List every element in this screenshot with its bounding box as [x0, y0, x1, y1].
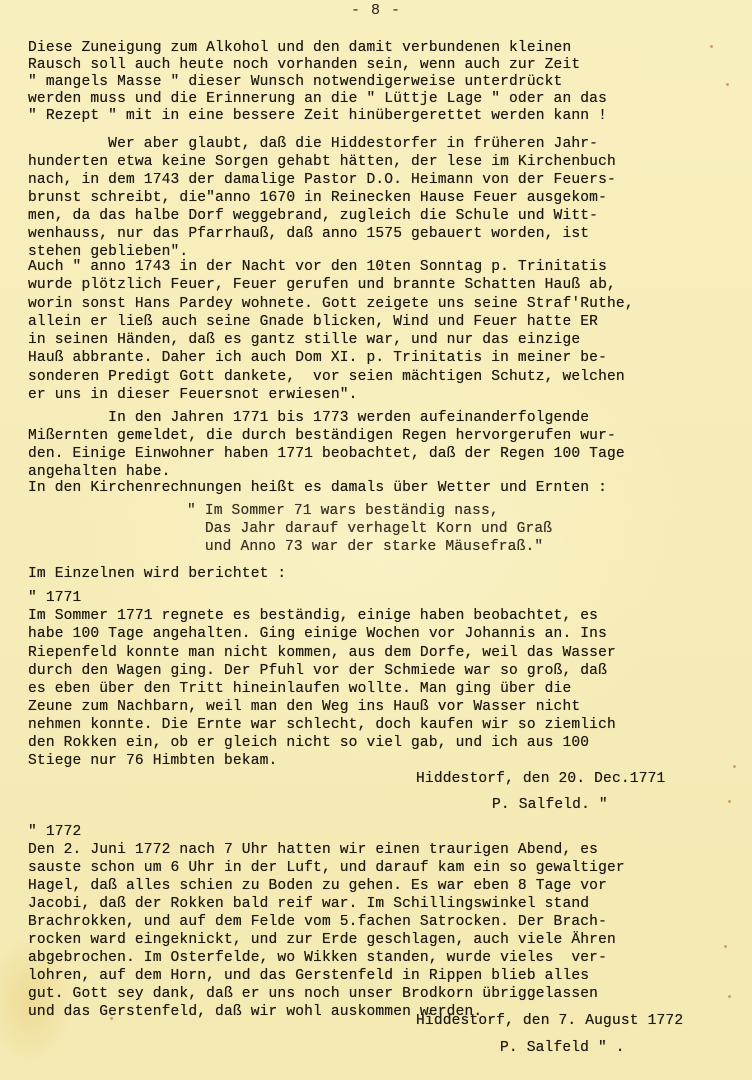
text-line: sauste schon um 6 Uhr in der Luft, und d…	[28, 860, 625, 877]
text-line: den. Einige Einwohner haben 1771 beobach…	[28, 446, 625, 463]
paper-speck	[728, 995, 731, 998]
text-line: rocken ward eingeknickt, und zur Erde ge…	[28, 932, 616, 949]
text-line: worin sonst Hans Pardey wohnete. Gott ze…	[28, 296, 634, 313]
text-line: Brachrokken, und auf dem Felde vom 5.fac…	[28, 914, 607, 931]
text-line: werden muss und die Erinnerung an die " …	[28, 91, 607, 108]
text-line: allein er ließ auch seine Gnade blicken,…	[28, 314, 598, 331]
text-line: nach, in dem 1743 der damalige Pastor D.…	[28, 172, 616, 189]
text-line: den Rokken ein, ob er gleich nicht so vi…	[28, 735, 589, 752]
text-line: " Rezept " mit in eine bessere Zeit hinü…	[28, 108, 607, 125]
text-line: lohren, auf dem Horn, und das Gerstenfel…	[28, 968, 589, 985]
text-line: und das Gerstenfeld, daß wir wohl auskom…	[28, 1004, 482, 1021]
text-line: in seinen Händen, daß es gantz stille wa…	[28, 332, 580, 349]
paper-speck	[728, 800, 731, 803]
text-line: men, da das halbe Dorf weggebrand, zugle…	[28, 208, 598, 225]
text-line: sonderen Predigt Gott dankete, vor seien…	[28, 369, 625, 386]
text-line: angehalten habe.	[28, 464, 171, 481]
text-line: In den Jahren 1771 bis 1773 werden aufei…	[28, 410, 589, 427]
place-date: Hiddestorf, den 20. Dec.1771	[416, 771, 665, 788]
text-line: wurde plötzlich Feuer, Feuer gerufen und…	[28, 277, 616, 294]
paper-speck	[726, 83, 729, 86]
signature: P. Salfeld " .	[500, 1040, 625, 1057]
text-line: es eben über den Tritt hineinlaufen woll…	[28, 681, 571, 698]
place-date: Hiddestorf, den 7. August 1772	[416, 1013, 683, 1030]
text-line: Auch " anno 1743 in der Nacht vor den 10…	[28, 259, 607, 276]
paper-speck	[733, 765, 736, 768]
paper-speck	[710, 45, 713, 48]
typewritten-page: - 8 - Diese Zuneigung zum Alkohol und de…	[0, 0, 752, 1080]
text-line: Zeune zum Nachbarn, weil man den Weg ins…	[28, 699, 580, 716]
text-line: Stiege nur 76 Himbten bekam.	[28, 753, 277, 770]
text-line: Im Sommer 1771 regnete es beständig, ein…	[28, 608, 598, 625]
text-line: wenhauss, nur das Pfarrhauß, daß anno 15…	[28, 226, 589, 243]
paper-speck	[110, 1017, 113, 1020]
paper-speck	[724, 945, 727, 948]
text-line: Jacobi, daß der Rokken bald reif war. Im…	[28, 896, 589, 913]
text-line: Wer aber glaubt, daß die Hiddestorfer in…	[28, 136, 598, 153]
text-line: nehmen konnte. Die Ernte war schlecht, d…	[28, 717, 616, 734]
verse-line: " Im Sommer 71 wars beständig nass,	[187, 503, 499, 520]
text-line: hunderten etwa keine Sorgen gehabt hätte…	[28, 154, 616, 171]
text-line: " mangels Masse " dieser Wunsch notwendi…	[28, 74, 562, 91]
text-line: gut. Gott sey dank, daß er uns noch unse…	[28, 986, 598, 1003]
text-line: Riepenfeld konnte man nicht kommen, aus …	[28, 645, 616, 662]
report-heading: " 1771	[28, 590, 81, 607]
signature: P. Salfeld. "	[492, 797, 608, 814]
page-number: - 8 -	[0, 2, 752, 19]
text-line: Den 2. Juni 1772 nach 7 Uhr hatten wir e…	[28, 842, 598, 859]
report-heading: " 1772	[28, 824, 81, 841]
text-line: habe 100 Tage angehalten. Ging einige Wo…	[28, 626, 607, 643]
text-line: Hagel, daß alles schien zu Boden zu gehe…	[28, 878, 607, 895]
text-line: Rausch soll auch heute noch vorhanden se…	[28, 57, 580, 74]
text-line: brunst schreibt, die"anno 1670 in Reinec…	[28, 190, 607, 207]
text-line: durch den Wagen ging. Der Pfuhl vor der …	[28, 663, 607, 680]
verse-line: und Anno 73 war der starke Mäusefraß."	[187, 539, 543, 556]
text-line: Hauß abbrante. Daher ich auch Dom XI. p.…	[28, 350, 607, 367]
text-line: abgebrochen. Im Osterfelde, wo Wikken st…	[28, 950, 607, 967]
text-line: Mißernten gemeldet, die durch beständige…	[28, 428, 616, 445]
text-line: Diese Zuneigung zum Alkohol und den dami…	[28, 40, 571, 57]
text-line: Im Einzelnen wird berichtet :	[28, 566, 286, 583]
text-line: In den Kirchenrechnungen heißt es damals…	[28, 480, 607, 497]
text-line: er uns in dieser Feuersnot erwiesen".	[28, 387, 358, 404]
verse-line: Das Jahr darauf verhagelt Korn und Graß	[187, 521, 552, 538]
